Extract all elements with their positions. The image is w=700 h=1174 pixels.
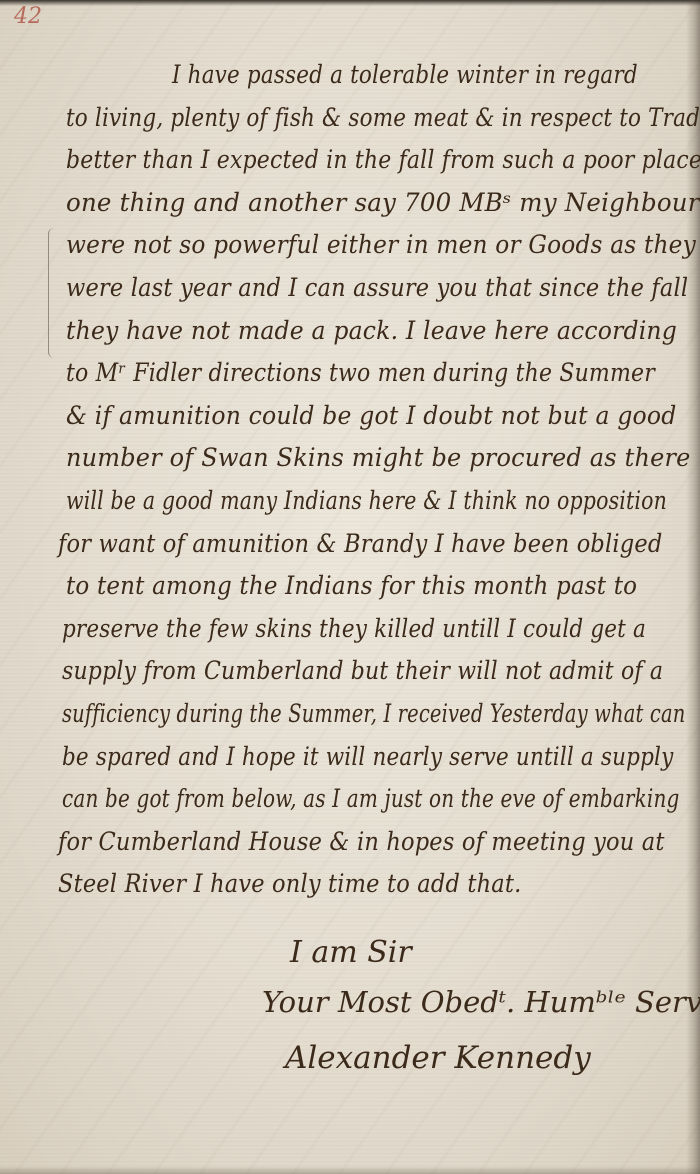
body-line: they have not made a pack. I leave here … <box>66 316 677 345</box>
page-bottom-edge <box>0 1166 700 1174</box>
body-line: for want of amunition & Brandy I have be… <box>58 529 662 558</box>
body-line: better than I expected in the fall from … <box>66 145 700 174</box>
body-line: to Mʳ Fidler directions two men during t… <box>66 358 655 387</box>
body-line: number of Swan Skins might be procured a… <box>66 443 691 472</box>
body-line: sufficiency during the Summer, I receive… <box>62 699 685 728</box>
body-line: to tent among the Indians for this month… <box>66 571 637 600</box>
body-line: be spared and I hope it will nearly serv… <box>62 742 673 771</box>
folio-number: 42 <box>14 4 42 29</box>
body-line: supply from Cumberland but their will no… <box>62 656 663 685</box>
body-line: will be a good many Indians here & I thi… <box>66 486 667 515</box>
body-line: one thing and another say 700 MBˢ my Nei… <box>66 188 700 217</box>
closing-salutation: I am Sir <box>290 935 412 970</box>
manuscript-page: 42 I have passed a tolerable winter in r… <box>0 0 700 1174</box>
body-line: to living, plenty of fish & some meat & … <box>66 103 700 132</box>
body-line: were not so powerful either in men or Go… <box>66 230 696 259</box>
body-line: Steel River I have only time to add that… <box>58 869 521 898</box>
margin-bracket-mark <box>48 228 57 358</box>
body-line: can be got from below, as I am just on t… <box>62 784 680 813</box>
body-line: I have passed a tolerable winter in rega… <box>172 60 638 89</box>
closing-valediction: Your Most Obedᵗ. Humᵇˡᵉ Servᵗ. <box>262 985 700 1019</box>
page-top-shadow <box>0 0 700 6</box>
body-line: were last year and I can assure you that… <box>66 273 688 302</box>
signature: Alexander Kennedy <box>285 1040 591 1076</box>
body-line: for Cumberland House & in hopes of meeti… <box>58 827 665 856</box>
body-line: & if amunition could be got I doubt not … <box>66 401 676 430</box>
body-line: preserve the few skins they killed until… <box>62 614 646 643</box>
